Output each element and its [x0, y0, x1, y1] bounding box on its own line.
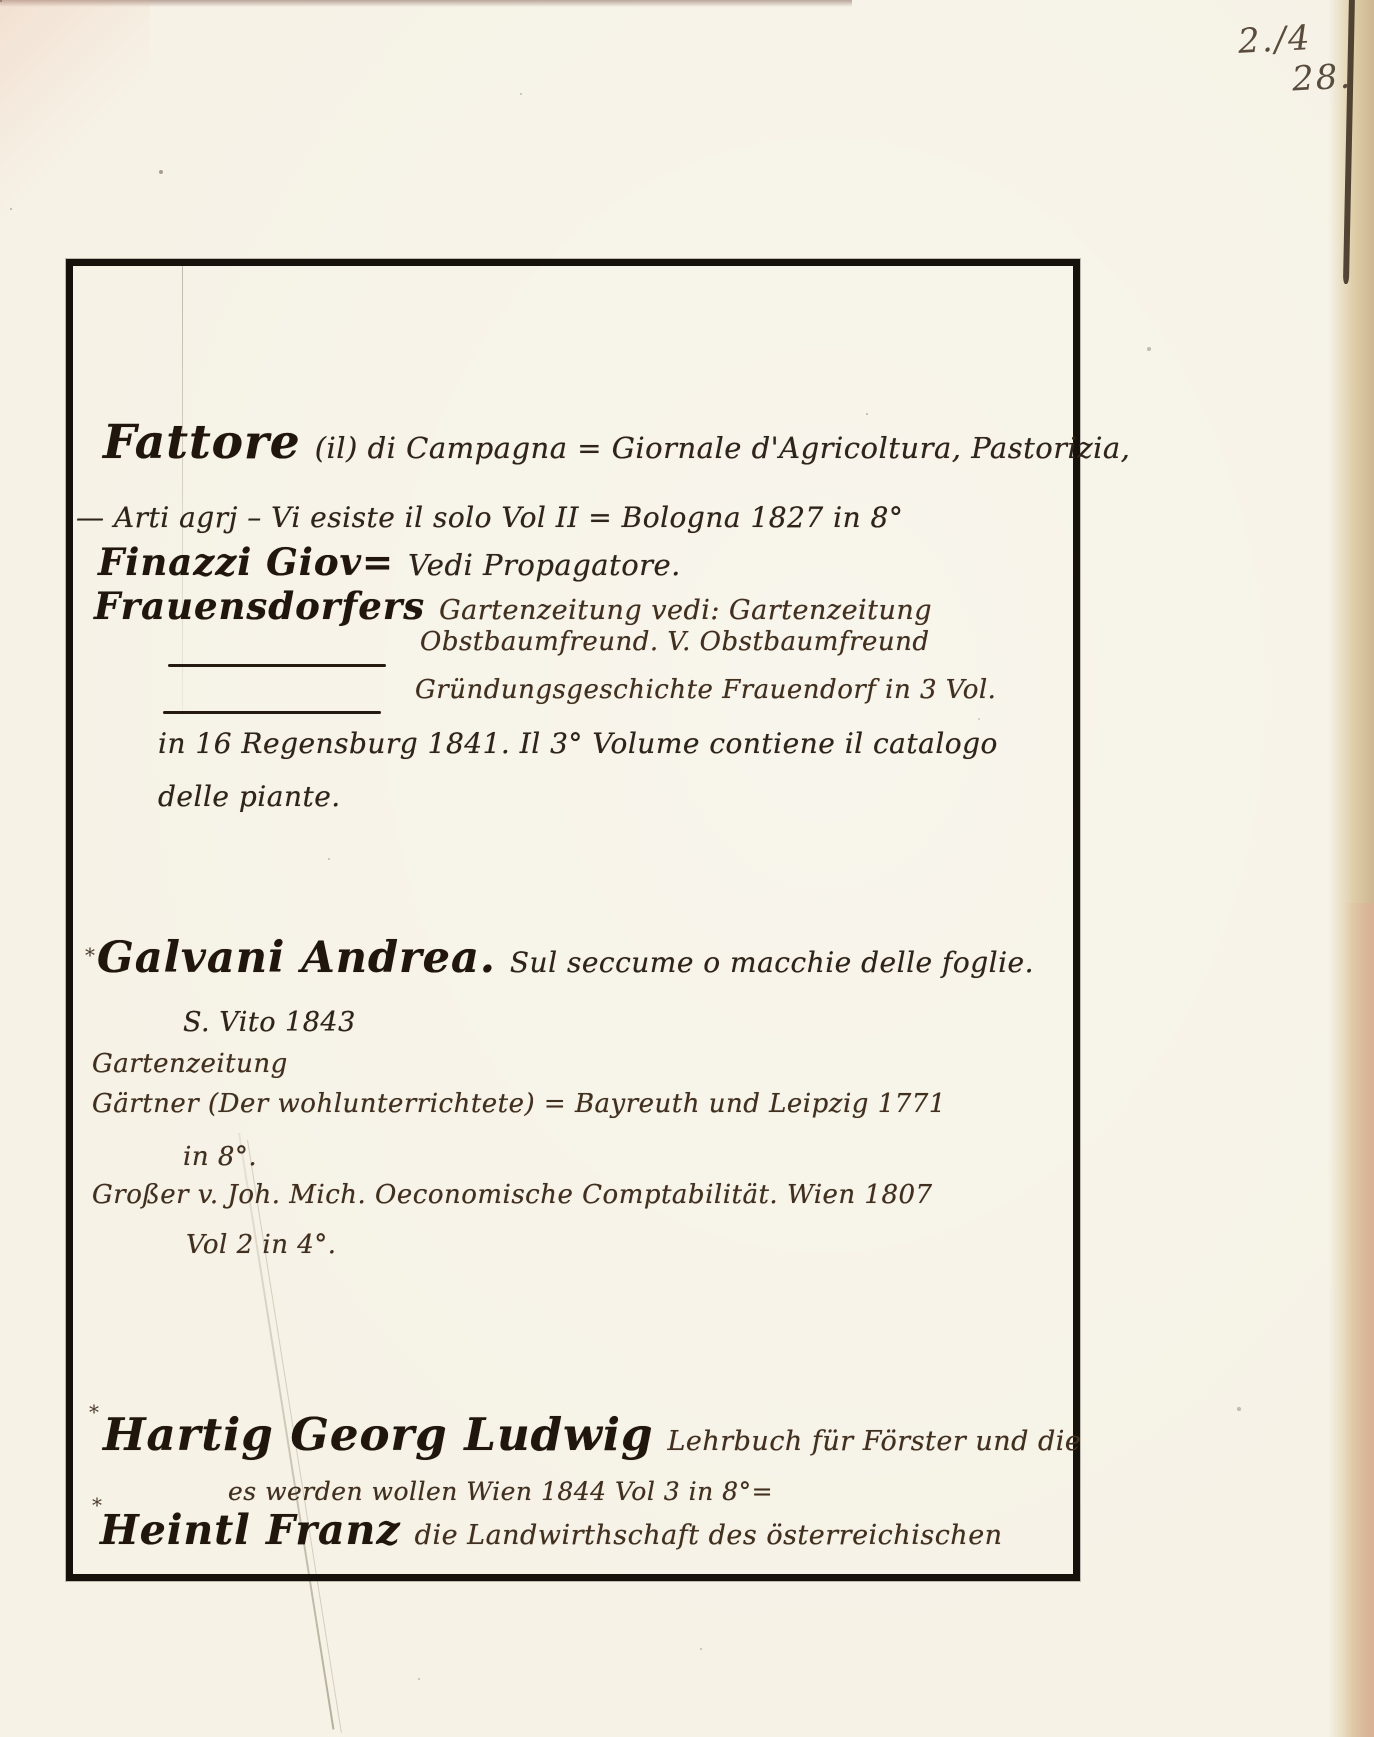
entry-gartenzeitung-text: Gartenzeitung	[92, 1049, 288, 1079]
paper-corner-tinge	[0, 0, 150, 230]
entry-heintl-heading: Heintl Franz	[100, 1506, 401, 1554]
entry-frauensdorfers-text-3: Gründungsgeschichte Frauendorf in 3 Vol.	[415, 675, 996, 705]
entry-hartig-text: Lehrbuch für Förster und die	[667, 1426, 1081, 1457]
paper-right-edge-pink	[1344, 903, 1374, 1737]
ditto-dash-1	[168, 664, 386, 667]
entry-frauensdorfers-text-4: in 16 Regensburg 1841. Il 3° Volume cont…	[158, 727, 998, 760]
entry-gaertner-text-2: in 8°.	[183, 1142, 257, 1172]
entry-hartig-line-1: Hartig Georg Ludwig Lehrbuch für Förster…	[103, 1408, 1081, 1461]
entry-galvani-line-2: S. Vito 1843	[183, 1007, 356, 1038]
manuscript-page: 2./4 28. * * * Fattore (il) di Campagna …	[0, 0, 1374, 1737]
entry-grosser-text-2: Vol 2 in 4°.	[186, 1230, 337, 1260]
entry-frauensdorfers-line-4: in 16 Regensburg 1841. Il 3° Volume cont…	[158, 727, 998, 760]
entry-gaertner-text: Gärtner (Der wohlunterrichtete) = Bayreu…	[92, 1089, 946, 1119]
entry-frauensdorfers-line-3: Gründungsgeschichte Frauendorf in 3 Vol.	[415, 675, 996, 705]
entry-hartig-line-2: es werden wollen Wien 1844 Vol 3 in 8°=	[228, 1477, 773, 1506]
entry-hartig-heading: Hartig Georg Ludwig	[103, 1408, 653, 1461]
entry-frauensdorfers-text: Gartenzeitung vedi: Gartenzeitung	[439, 595, 932, 626]
entry-gartenzeitung-line: Gartenzeitung	[92, 1049, 288, 1079]
entry-frauensdorfers-line-5: delle piante.	[158, 780, 341, 813]
entry-galvani-text-2: S. Vito 1843	[183, 1007, 356, 1038]
entry-fattore-line-2: — Arti agrj – Vi esiste il solo Vol II =…	[76, 501, 903, 534]
entry-gaertner-line-2: in 8°.	[183, 1142, 257, 1172]
page-number: 28.	[1291, 56, 1353, 99]
margin-mark-hartig: *	[89, 1400, 99, 1424]
entry-finazzi-text: Vedi Propagatore.	[408, 548, 681, 582]
entry-frauensdorfers-line-2: Obstbaumfreund. V. Obstbaumfreund	[420, 627, 930, 657]
entry-heintl-line: Heintl Franz die Landwirthschaft des öst…	[100, 1506, 1003, 1554]
entry-galvani-line-1: Galvani Andrea. Sul seccume o macchie de…	[97, 933, 1034, 983]
entry-fattore-heading: Fattore	[103, 415, 301, 470]
entry-galvani-heading: Galvani Andrea.	[97, 933, 496, 983]
entry-fattore-text: (il) di Campagna = Giornale d'Agricoltur…	[315, 431, 1131, 465]
entry-frauensdorfers-line-1: Frauensdorfers Gartenzeitung vedi: Garte…	[94, 584, 932, 628]
entry-frauensdorfers-text-5: delle piante.	[158, 780, 341, 813]
entry-finazzi-line: Finazzi Giov= Vedi Propagatore.	[98, 540, 681, 584]
margin-mark-galvani: *	[85, 943, 95, 967]
entry-fattore-line-1: Fattore (il) di Campagna = Giornale d'Ag…	[103, 415, 1130, 470]
entry-frauensdorfers-text-2: Obstbaumfreund. V. Obstbaumfreund	[420, 627, 930, 657]
entry-grosser-line-1: Großer v. Joh. Mich. Oeconomische Compta…	[92, 1180, 933, 1210]
entry-heintl-text: die Landwirthschaft des österreichischen	[415, 1520, 1003, 1551]
entry-frauensdorfers-heading: Frauensdorfers	[94, 584, 425, 628]
entry-finazzi-heading: Finazzi Giov=	[98, 540, 394, 584]
entry-hartig-text-2: es werden wollen Wien 1844 Vol 3 in 8°=	[228, 1477, 773, 1506]
entry-gaertner-line-1: Gärtner (Der wohlunterrichtete) = Bayreu…	[92, 1089, 946, 1119]
entry-grosser-text: Großer v. Joh. Mich. Oeconomische Compta…	[92, 1180, 933, 1210]
entry-galvani-text: Sul seccume o macchie delle foglie.	[510, 946, 1034, 979]
folio-number: 2./4	[1237, 18, 1313, 62]
paper-specks	[0, 0, 2, 2]
entry-grosser-line-2: Vol 2 in 4°.	[186, 1230, 337, 1260]
ditto-dash-2	[163, 711, 381, 714]
entry-fattore-text-2: — Arti agrj – Vi esiste il solo Vol II =…	[76, 501, 903, 534]
